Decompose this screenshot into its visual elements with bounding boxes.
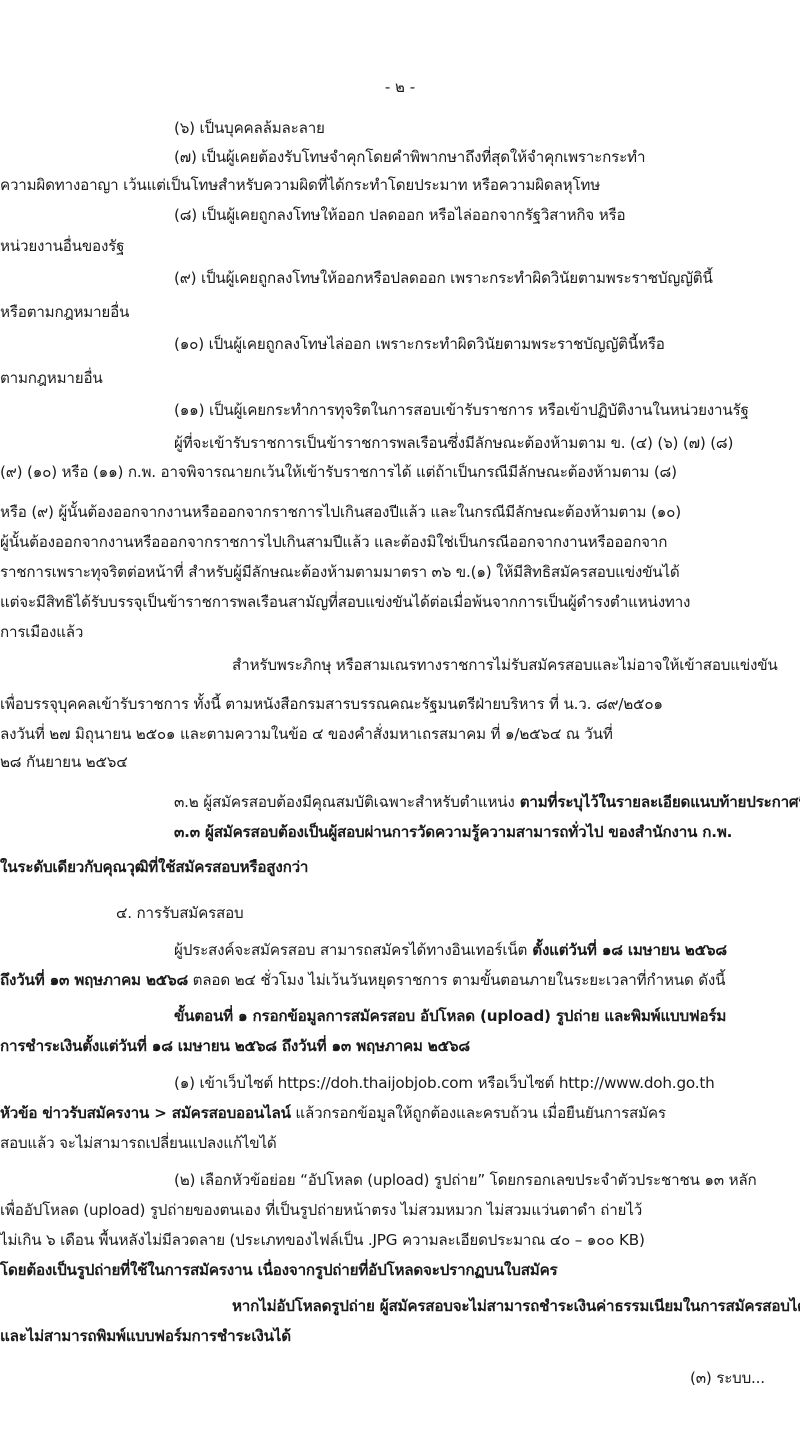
line-text: ๔. การรับสมัครสอบ <box>116 904 243 922</box>
text-line: (๖) เป็นบุคคลล้มละลาย <box>174 118 325 138</box>
text-line: และไม่สามารถพิมพ์แบบฟอร์มการชำระเงินได้ <box>0 1326 291 1346</box>
text-line: (๒) เลือกหัวข้อย่อย “อัปโหลด (upload) รู… <box>174 1170 757 1190</box>
line-text: ๓.๒ ผู้สมัครสอบต้องมีคุณสมบัติเฉพาะสำหรั… <box>174 793 515 811</box>
text-line: (๓) ระบบ... <box>690 1368 765 1388</box>
text-line: (๙) เป็นผู้เคยถูกลงโทษให้ออกหรือปลดออก เ… <box>174 268 713 288</box>
line-bold-text: ตั้งแต่วันที่ ๑๘ เมษายน ๒๕๖๘ <box>527 941 727 959</box>
text-line: ผู้ประสงค์จะสมัครสอบ สามารถสมัครได้ทางอิ… <box>174 940 727 960</box>
text-line: ผู้ที่จะเข้ารับราชการเป็นข้าราชการพลเรือ… <box>174 433 733 453</box>
text-line: หรือ (๙) ผู้นั้นต้องออกจากงานหรือออกจากร… <box>0 502 681 522</box>
text-line: (๑๐) เป็นผู้เคยถูกลงโทษไล่ออก เพราะกระทำ… <box>174 334 665 354</box>
line-bold-text: ขั้นตอนที่ ๑ กรอกข้อมูลการสมัครสอบ อัปโห… <box>174 1007 726 1025</box>
text-line: (๘) เป็นผู้เคยถูกลงโทษให้ออก ปลดออก หรือ… <box>174 205 625 225</box>
text-line: หากไม่อัปโหลดรูปถ่าย ผู้สมัครสอบจะไม่สาม… <box>232 1296 800 1316</box>
text-line: ไม่เกิน ๖ เดือน พื้นหลังไม่มีลวดลาย (ประ… <box>0 1230 645 1250</box>
line-text: การเมืองแล้ว <box>0 623 83 641</box>
text-line: แต่จะมีสิทธิได้รับบรรจุเป็นข้าราชการพลเร… <box>0 592 690 612</box>
line-text: (๑๐) เป็นผู้เคยถูกลงโทษไล่ออก เพราะกระทำ… <box>174 335 665 353</box>
text-line: หัวข้อ ข่าวรับสมัครงาน > สมัครสอบออนไลน์… <box>0 1103 666 1123</box>
line-text: (๘) เป็นผู้เคยถูกลงโทษให้ออก ปลดออก หรือ… <box>174 206 625 224</box>
line-text: (๙) เป็นผู้เคยถูกลงโทษให้ออกหรือปลดออก เ… <box>174 269 713 287</box>
line-text: ลงวันที่ ๒๗ มิถุนายน ๒๕๐๑ และตามความในข้… <box>0 725 613 743</box>
text-line: ถึงวันที่ ๑๓ พฤษภาคม ๒๕๖๘ ตลอด ๒๔ ชั่วโม… <box>0 970 725 990</box>
text-line: เพื่อบรรจุบุคคลเข้ารับราชการ ทั้งนี้ ตาม… <box>0 694 663 714</box>
text-line: ผู้นั้นต้องออกจากงานหรือออกจากราชการไปเก… <box>0 532 667 552</box>
line-text: (๖) เป็นบุคคลล้มละลาย <box>174 119 325 137</box>
text-line: (๙) (๑๐) หรือ (๑๑) ก.พ. อาจพิจารณายกเว้น… <box>0 462 677 482</box>
text-line: การเมืองแล้ว <box>0 622 83 642</box>
text-line: เพื่ออัปโหลด (upload) รูปถ่ายของตนเอง ที… <box>0 1200 642 1220</box>
line-text: เพื่ออัปโหลด (upload) รูปถ่ายของตนเอง ที… <box>0 1201 642 1219</box>
line-bold-text: และไม่สามารถพิมพ์แบบฟอร์มการชำระเงินได้ <box>0 1327 291 1345</box>
text-line: สอบแล้ว จะไม่สามารถเปลี่ยนแปลงแก้ไขได้ <box>0 1133 277 1153</box>
line-bold-text: ในระดับเดียวกับคุณวุฒิที่ใช้สมัครสอบหรือ… <box>0 858 308 876</box>
text-line: หน่วยงานอื่นของรัฐ <box>0 236 124 256</box>
text-line: (๑) เข้าเว็บไซต์ https://doh.thaijobjob.… <box>174 1073 715 1093</box>
line-text: สอบแล้ว จะไม่สามารถเปลี่ยนแปลงแก้ไขได้ <box>0 1134 277 1152</box>
line-text: ความผิดทางอาญา เว้นแต่เป็นโทษสำหรับความผ… <box>0 176 600 194</box>
text-line: (๑๑) เป็นผู้เคยกระทำการทุจริตในการสอบเข้… <box>174 400 749 420</box>
text-line: ในระดับเดียวกับคุณวุฒิที่ใช้สมัครสอบหรือ… <box>0 857 308 877</box>
line-text: ผู้นั้นต้องออกจากงานหรือออกจากราชการไปเก… <box>0 533 667 551</box>
line-text: ผู้ประสงค์จะสมัครสอบ สามารถสมัครได้ทางอิ… <box>174 941 527 959</box>
text-line: ลงวันที่ ๒๗ มิถุนายน ๒๕๐๑ และตามความในข้… <box>0 724 613 744</box>
line-text: แต่จะมีสิทธิได้รับบรรจุเป็นข้าราชการพลเร… <box>0 593 690 611</box>
line-text: (๓) ระบบ... <box>690 1369 765 1387</box>
line-bold-text: การชำระเงินตั้งแต่วันที่ ๑๘ เมษายน ๒๕๖๘ … <box>0 1037 470 1055</box>
page-number: - ๒ - <box>0 75 800 99</box>
text-line: ขั้นตอนที่ ๑ กรอกข้อมูลการสมัครสอบ อัปโห… <box>174 1006 726 1026</box>
text-line: การชำระเงินตั้งแต่วันที่ ๑๘ เมษายน ๒๕๖๘ … <box>0 1036 470 1056</box>
line-text: ราชการเพราะทุจริตต่อหน้าที่ สำหรับผู้มีล… <box>0 563 680 581</box>
text-line: โดยต้องเป็นรูปถ่ายที่ใช้ในการสมัครงาน เน… <box>0 1260 558 1280</box>
line-text: หรือตามกฎหมายอื่น <box>0 303 129 321</box>
line-text: หรือ (๙) ผู้นั้นต้องออกจากงานหรือออกจากร… <box>0 503 681 521</box>
line-bold-text: ตามที่ระบุไว้ในรายละเอียดแนบท้ายประกาศนี… <box>515 793 800 811</box>
text-line: สำหรับพระภิกษุ หรือสามเณรทางราชการไม่รับ… <box>232 655 778 675</box>
line-bold-text: ๓.๓ ผู้สมัครสอบต้องเป็นผู้สอบผ่านการวัดค… <box>174 823 732 841</box>
line-text: (๒) เลือกหัวข้อย่อย “อัปโหลด (upload) รู… <box>174 1171 757 1189</box>
line-bold-text: โดยต้องเป็นรูปถ่ายที่ใช้ในการสมัครงาน เน… <box>0 1261 558 1279</box>
text-line: หรือตามกฎหมายอื่น <box>0 302 129 322</box>
line-text: (๙) (๑๐) หรือ (๑๑) ก.พ. อาจพิจารณายกเว้น… <box>0 463 677 481</box>
line-bold-text: ถึงวันที่ ๑๓ พฤษภาคม ๒๕๖๘ <box>0 971 188 989</box>
line-text: ตามกฎหมายอื่น <box>0 369 103 387</box>
text-line: ความผิดทางอาญา เว้นแต่เป็นโทษสำหรับความผ… <box>0 175 600 195</box>
text-line: ๓.๒ ผู้สมัครสอบต้องมีคุณสมบัติเฉพาะสำหรั… <box>174 792 800 812</box>
line-text: ๒๘ กันยายน ๒๕๖๔ <box>0 753 128 771</box>
line-text: ไม่เกิน ๖ เดือน พื้นหลังไม่มีลวดลาย (ประ… <box>0 1231 645 1249</box>
line-text: (๗) เป็นผู้เคยต้องรับโทษจำคุกโดยคำพิพากษ… <box>174 148 645 166</box>
line-bold-text: หากไม่อัปโหลดรูปถ่าย ผู้สมัครสอบจะไม่สาม… <box>232 1297 800 1315</box>
text-line: ๔. การรับสมัครสอบ <box>116 903 243 923</box>
line-tail-text: แล้วกรอกข้อมูลให้ถูกต้องและครบถ้วน เมื่อ… <box>291 1104 666 1122</box>
line-tail-text: ตลอด ๒๔ ชั่วโมง ไม่เว้นวันหยุดราชการ ตาม… <box>188 971 725 989</box>
text-line: ตามกฎหมายอื่น <box>0 368 103 388</box>
line-text: (๑) เข้าเว็บไซต์ https://doh.thaijobjob.… <box>174 1074 715 1092</box>
document-page: - ๒ - (๖) เป็นบุคคลล้มละลาย(๗) เป็นผู้เค… <box>0 0 800 1453</box>
line-text: ผู้ที่จะเข้ารับราชการเป็นข้าราชการพลเรือ… <box>174 434 733 452</box>
line-bold-text: หัวข้อ ข่าวรับสมัครงาน > สมัครสอบออนไลน์ <box>0 1104 291 1122</box>
line-text: เพื่อบรรจุบุคคลเข้ารับราชการ ทั้งนี้ ตาม… <box>0 695 663 713</box>
text-line: ๓.๓ ผู้สมัครสอบต้องเป็นผู้สอบผ่านการวัดค… <box>174 822 732 842</box>
text-line: ๒๘ กันยายน ๒๕๖๔ <box>0 752 128 772</box>
line-text: สำหรับพระภิกษุ หรือสามเณรทางราชการไม่รับ… <box>232 656 778 674</box>
text-line: ราชการเพราะทุจริตต่อหน้าที่ สำหรับผู้มีล… <box>0 562 680 582</box>
text-line: (๗) เป็นผู้เคยต้องรับโทษจำคุกโดยคำพิพากษ… <box>174 147 645 167</box>
line-text: (๑๑) เป็นผู้เคยกระทำการทุจริตในการสอบเข้… <box>174 401 749 419</box>
line-text: หน่วยงานอื่นของรัฐ <box>0 237 124 255</box>
